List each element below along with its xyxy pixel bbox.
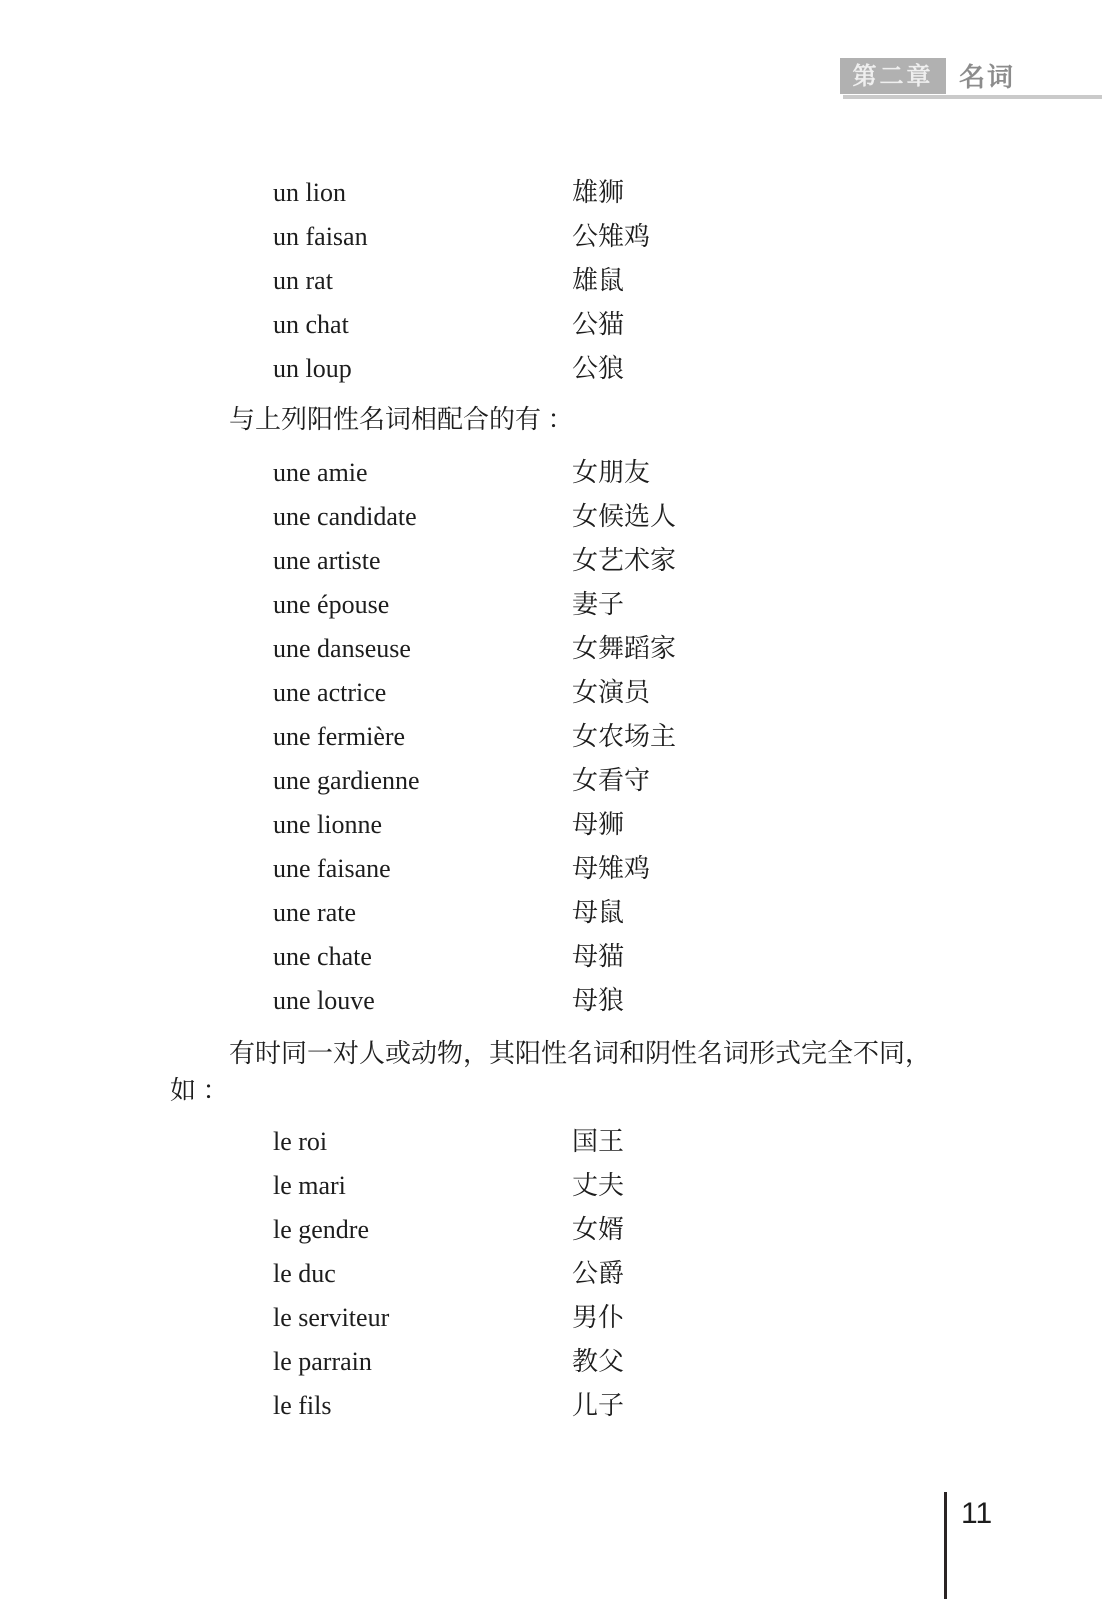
chapter-badge: 第二章 <box>840 58 946 94</box>
chinese-translation: 公爵 <box>572 1252 624 1296</box>
french-term: une lionne <box>273 803 382 847</box>
chinese-translation: 教父 <box>572 1340 624 1384</box>
feminine-intro-paragraph: 与上列阳性名词相配合的有 ： <box>170 401 1050 438</box>
chinese-translation: 雄鼠 <box>572 259 624 303</box>
different-forms-paragraph: 有时同一对人或动物，其阳性名词和阴性名词形式完全不同， 如 ： <box>170 1035 1050 1109</box>
vocab-row: une fermière 女农场主 <box>0 715 1103 759</box>
french-term: un rat <box>273 259 333 303</box>
chinese-translation: 女演员 <box>572 671 650 715</box>
french-term: le fils <box>273 1384 332 1428</box>
chinese-translation: 女舞蹈家 <box>572 627 676 671</box>
feminine-nouns-list: une amie 女朋友 une candidate 女候选人 une arti… <box>0 451 1103 1023</box>
french-term: le duc <box>273 1252 336 1296</box>
paragraph-line: 如 ： <box>170 1072 1050 1109</box>
chinese-translation: 女婿 <box>572 1208 624 1252</box>
header-rule <box>843 95 1102 99</box>
footer-rule <box>944 1492 947 1599</box>
paragraph-line: 与上列阳性名词相配合的有 ： <box>170 401 1050 438</box>
chinese-translation: 公猫 <box>572 303 624 347</box>
chapter-label: 第二章 <box>853 63 934 90</box>
chinese-translation: 丈夫 <box>572 1164 624 1208</box>
vocab-row: une artiste 女艺术家 <box>0 539 1103 583</box>
vocab-row: une lionne 母狮 <box>0 803 1103 847</box>
vocab-row: une louve 母狼 <box>0 979 1103 1023</box>
vocab-row: le serviteur 男仆 <box>0 1296 1103 1340</box>
french-term: un chat <box>273 303 349 347</box>
vocab-row: un rat 雄鼠 <box>0 259 1103 303</box>
french-term: une épouse <box>273 583 389 627</box>
french-term: un faisan <box>273 215 368 259</box>
vocab-row: une chate 母猫 <box>0 935 1103 979</box>
vocab-row: une rate 母鼠 <box>0 891 1103 935</box>
book-page: 第二章 名词 un lion 雄狮 un faisan 公雉鸡 un rat 雄… <box>0 0 1103 1599</box>
chinese-translation: 母猫 <box>572 935 624 979</box>
chinese-translation: 男仆 <box>572 1296 624 1340</box>
chinese-translation: 母雉鸡 <box>572 847 650 891</box>
french-term: une artiste <box>273 539 381 583</box>
french-term: le mari <box>273 1164 346 1208</box>
different-forms-list: le roi 国王 le mari 丈夫 le gendre 女婿 le duc… <box>0 1120 1103 1428</box>
french-term: le roi <box>273 1120 327 1164</box>
vocab-row: une amie 女朋友 <box>0 451 1103 495</box>
chinese-translation: 公狼 <box>572 347 624 391</box>
vocab-row: une gardienne 女看守 <box>0 759 1103 803</box>
chinese-translation: 母狮 <box>572 803 624 847</box>
vocab-row: le fils 儿子 <box>0 1384 1103 1428</box>
chinese-translation: 女农场主 <box>572 715 676 759</box>
french-term: le serviteur <box>273 1296 389 1340</box>
chinese-translation: 母鼠 <box>572 891 624 935</box>
vocab-row: un chat 公猫 <box>0 303 1103 347</box>
chinese-translation: 女朋友 <box>572 451 650 495</box>
chinese-translation: 母狼 <box>572 979 624 1023</box>
vocab-row: une épouse 妻子 <box>0 583 1103 627</box>
french-term: une chate <box>273 935 372 979</box>
vocab-row: un loup 公狼 <box>0 347 1103 391</box>
vocab-row: une danseuse 女舞蹈家 <box>0 627 1103 671</box>
vocab-row: une candidate 女候选人 <box>0 495 1103 539</box>
chinese-translation: 儿子 <box>572 1384 624 1428</box>
french-term: une amie <box>273 451 368 495</box>
chinese-translation: 国王 <box>572 1120 624 1164</box>
french-term: une louve <box>273 979 375 1023</box>
french-term: une fermière <box>273 715 405 759</box>
chinese-translation: 雄狮 <box>572 171 624 215</box>
vocab-row: le parrain 教父 <box>0 1340 1103 1384</box>
masculine-nouns-list: un lion 雄狮 un faisan 公雉鸡 un rat 雄鼠 un ch… <box>0 171 1103 391</box>
vocab-row: le duc 公爵 <box>0 1252 1103 1296</box>
chinese-translation: 女候选人 <box>572 495 676 539</box>
chinese-translation: 公雉鸡 <box>572 215 650 259</box>
french-term: une actrice <box>273 671 386 715</box>
french-term: un loup <box>273 347 352 391</box>
french-term: une faisane <box>273 847 391 891</box>
french-term: le gendre <box>273 1208 369 1252</box>
chinese-translation: 女艺术家 <box>572 539 676 583</box>
french-term: une rate <box>273 891 356 935</box>
french-term: un lion <box>273 171 346 215</box>
chinese-translation: 妻子 <box>572 583 624 627</box>
page-number: 11 <box>961 1497 992 1531</box>
vocab-row: une actrice 女演员 <box>0 671 1103 715</box>
vocab-row: le gendre 女婿 <box>0 1208 1103 1252</box>
chinese-translation: 女看守 <box>572 759 650 803</box>
vocab-row: un lion 雄狮 <box>0 171 1103 215</box>
paragraph-line: 有时同一对人或动物，其阳性名词和阴性名词形式完全不同， <box>170 1035 1050 1072</box>
vocab-row: le mari 丈夫 <box>0 1164 1103 1208</box>
french-term: une danseuse <box>273 627 411 671</box>
vocab-row: une faisane 母雉鸡 <box>0 847 1103 891</box>
french-term: le parrain <box>273 1340 372 1384</box>
french-term: une candidate <box>273 495 417 539</box>
section-title: 名词 <box>959 59 1015 95</box>
vocab-row: un faisan 公雉鸡 <box>0 215 1103 259</box>
french-term: une gardienne <box>273 759 420 803</box>
vocab-row: le roi 国王 <box>0 1120 1103 1164</box>
